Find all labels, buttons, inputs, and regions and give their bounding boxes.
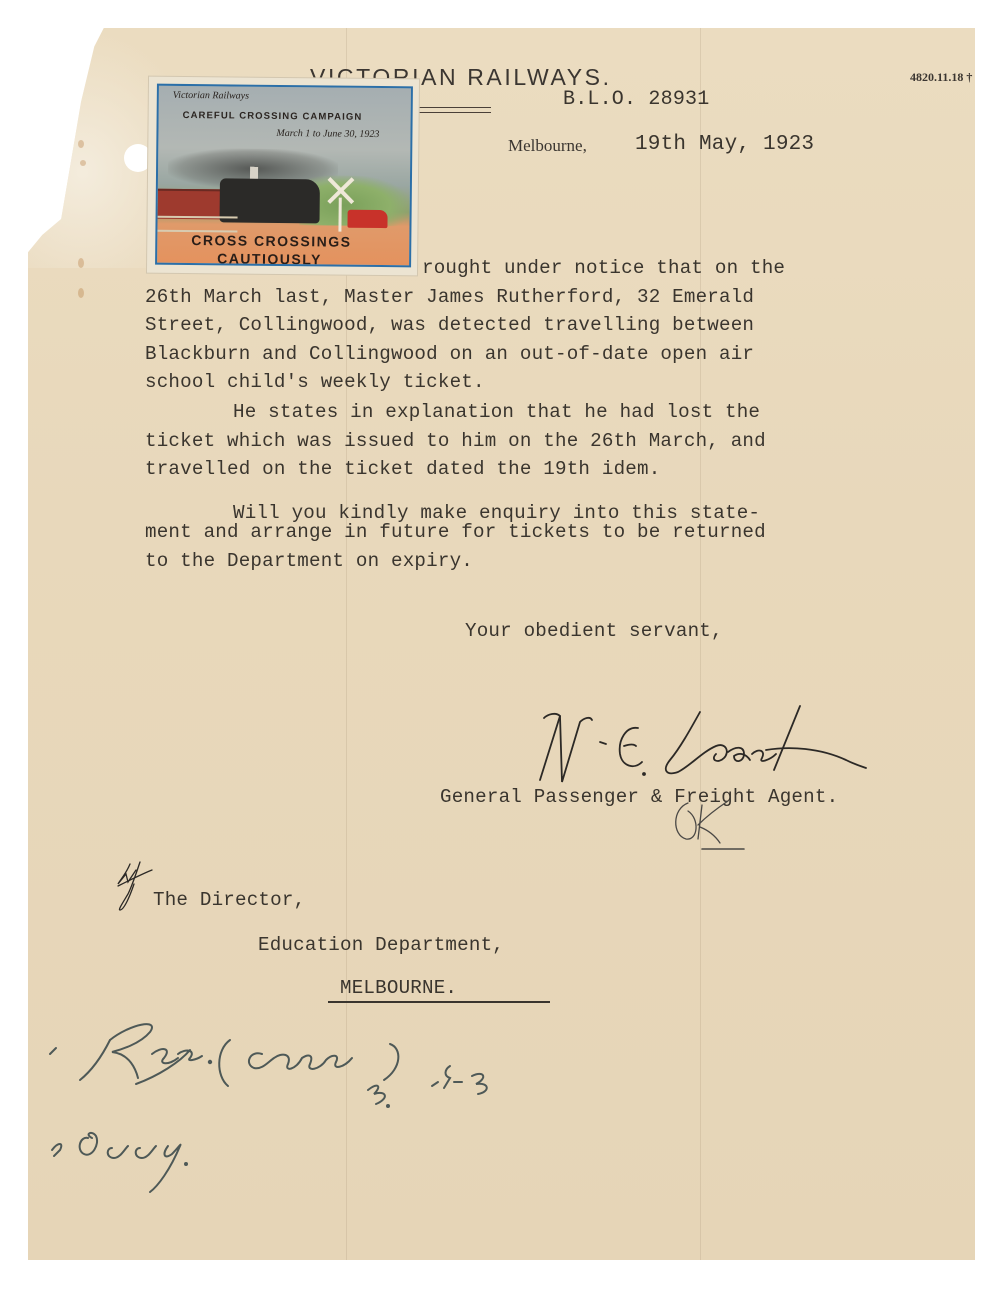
stain xyxy=(78,140,84,148)
stamp-issuer: Victorian Railways xyxy=(173,90,249,102)
reference-number: B.L.O. 28931 xyxy=(563,88,709,111)
fence xyxy=(157,216,237,233)
stamp-illustration: Victorian Railways CAREFUL CROSSING CAMP… xyxy=(155,84,413,268)
body-line: travelled on the ticket dated the 19th i… xyxy=(145,458,660,480)
city-label: Melbourne, xyxy=(508,136,587,156)
form-number: 4820.11.18 † xyxy=(910,70,972,85)
stain xyxy=(80,160,86,166)
addressee-line-2: Education Department, xyxy=(258,934,504,956)
body-line: Street, Collingwood, was detected travel… xyxy=(145,314,754,336)
stamp-campaign: CAREFUL CROSSING CAMPAIGN xyxy=(183,110,363,123)
body-line: ticket which was issued to him on the 26… xyxy=(145,430,766,452)
body-line: school child's weekly ticket. xyxy=(145,371,485,393)
addressee-line-1: The Director, xyxy=(153,889,305,911)
body-line: ment and arrange in future for tickets t… xyxy=(145,521,766,543)
body-line: to the Department on expiry. xyxy=(145,550,473,572)
motor-car-icon xyxy=(347,210,387,228)
stain xyxy=(78,258,84,268)
body-line: 26th March last, Master James Rutherford… xyxy=(145,286,754,308)
fold-line xyxy=(700,28,701,1260)
body-line: Blackburn and Collingwood on an out-of-d… xyxy=(145,343,754,365)
melbourne-underline xyxy=(328,1001,550,1003)
train-carriage xyxy=(158,189,223,220)
stamp-dates: March 1 to June 30, 1923 xyxy=(276,128,379,140)
stamp-slogan-2: CAUTIOUSLY xyxy=(217,250,322,267)
letter-date: 19th May, 1923 xyxy=(635,133,814,156)
valediction: Your obedient servant, xyxy=(465,620,723,642)
body-line: He states in explanation that he had los… xyxy=(233,401,760,423)
careful-crossing-stamp: Victorian Railways CAREFUL CROSSING CAMP… xyxy=(147,77,419,276)
signatory-title: General Passenger & Freight Agent. xyxy=(440,786,838,808)
crossing-post xyxy=(338,198,341,232)
stamp-slogan-1: CROSS CROSSINGS xyxy=(191,232,351,250)
stain xyxy=(78,288,84,298)
addressee-line-3: MELBOURNE. xyxy=(340,977,457,999)
body-line: rought under notice that on the xyxy=(422,257,785,279)
